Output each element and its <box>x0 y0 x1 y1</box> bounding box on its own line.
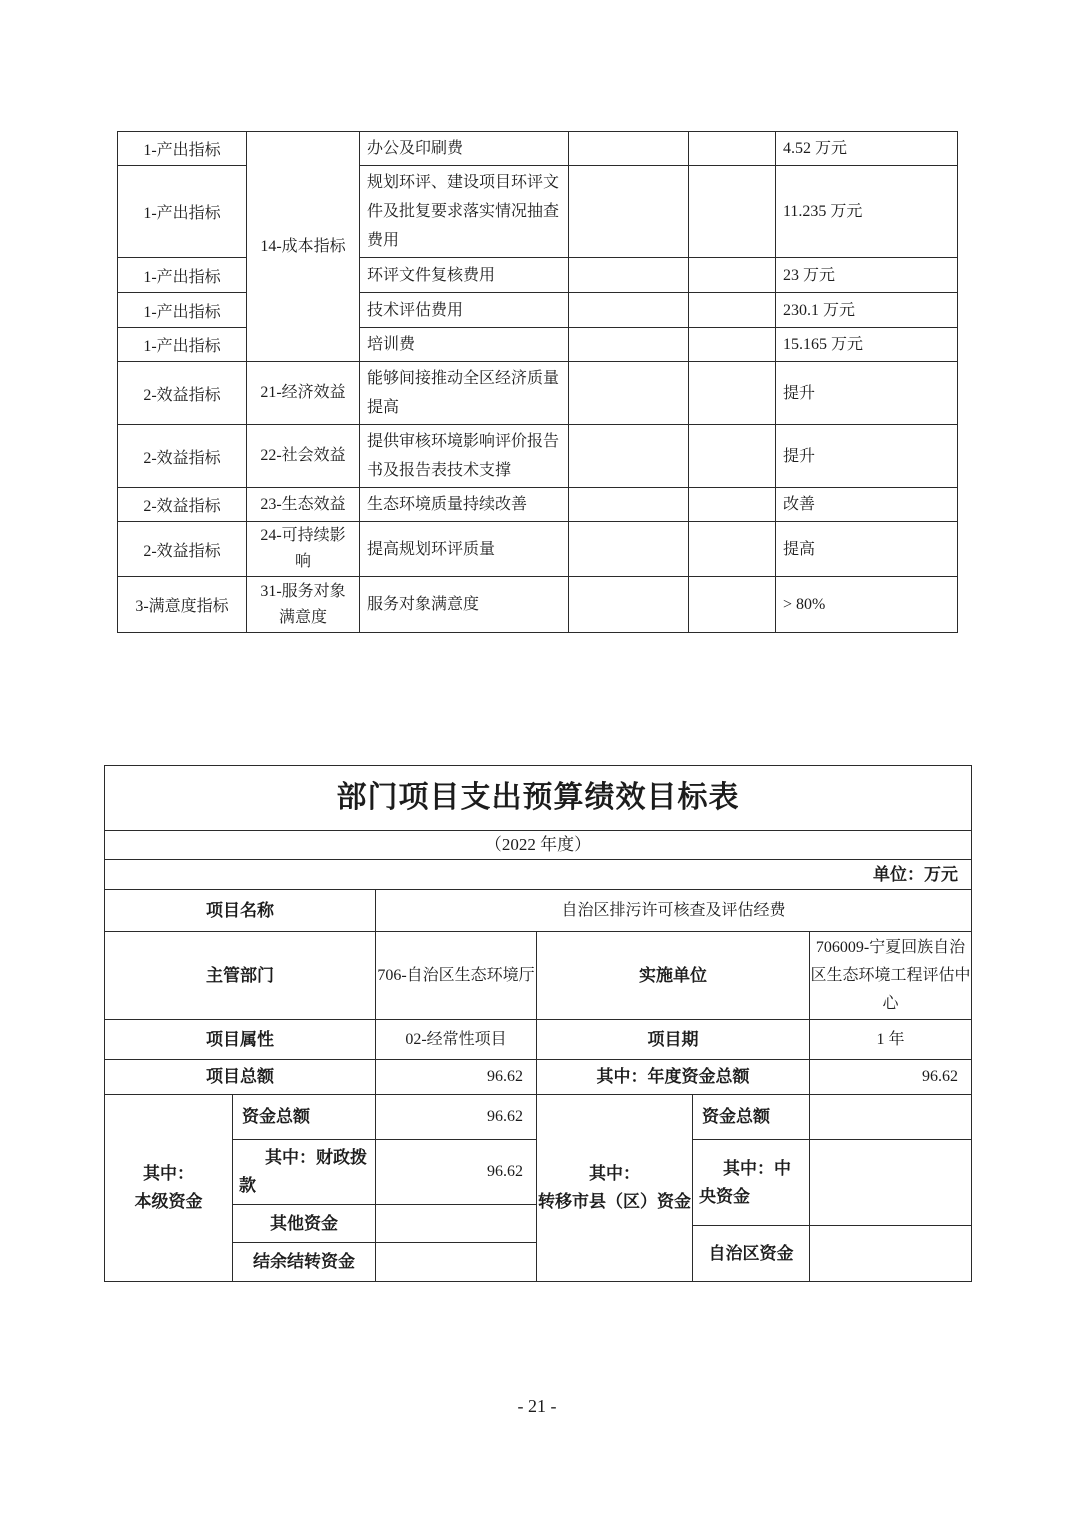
annual-total-value: 96.62 <box>810 1060 972 1095</box>
carryover-funds-label: 结余结转资金 <box>233 1243 376 1282</box>
dept-value: 706-自治区生态环境厅 <box>376 932 537 1020</box>
attr-label: 项目属性 <box>105 1020 376 1060</box>
table-row: 项目属性 02-经常性项目 项目期 1 年 <box>105 1020 972 1060</box>
table-row: 2-效益指标 22-社会效益 提供审核环境影响评价报告书及报告表技术支撑 提升 <box>118 425 958 488</box>
other-funds-value <box>376 1205 537 1243</box>
empty-cell <box>569 166 689 258</box>
empty-cell <box>569 293 689 328</box>
fiscal-allocation-label: 其中：财政拨款 <box>233 1140 376 1205</box>
empty-cell <box>689 328 776 362</box>
table-row: 1-产出指标 技术评估费用 230.1 万元 <box>118 293 958 328</box>
cell-group: 31-服务对象满意度 <box>247 577 360 633</box>
cell-indicator: 环评文件复核费用 <box>360 258 569 293</box>
cell-group: 14-成本指标 <box>247 132 360 362</box>
cell-category: 2-效益指标 <box>118 488 247 522</box>
unit-label: 单位：万元 <box>105 860 972 890</box>
regional-funds-label: 自治区资金 <box>693 1226 810 1282</box>
table-row: 1-产出指标 规划环评、建设项目环评文件及批复要求落实情况抽查费用 11.235… <box>118 166 958 258</box>
total-label: 项目总额 <box>105 1060 376 1095</box>
cell-indicator: 技术评估费用 <box>360 293 569 328</box>
cell-value: 23 万元 <box>776 258 958 293</box>
empty-cell <box>689 425 776 488</box>
indicator-table: 1-产出指标 14-成本指标 办公及印刷费 4.52 万元 1-产出指标 规划环… <box>117 131 958 633</box>
project-name-value: 自治区排污许可核查及评估经费 <box>376 890 972 932</box>
page-number: - 21 - <box>0 1396 1074 1417</box>
other-funds-label: 其他资金 <box>233 1205 376 1243</box>
cell-category: 3-满意度指标 <box>118 577 247 633</box>
transfer-total-label: 资金总额 <box>693 1095 810 1140</box>
regional-funds-value <box>810 1226 972 1282</box>
table-row: 3-满意度指标 31-服务对象满意度 服务对象满意度 > 80% <box>118 577 958 633</box>
cell-value: 230.1 万元 <box>776 293 958 328</box>
cell-indicator: 能够间接推动全区经济质量提高 <box>360 362 569 425</box>
empty-cell <box>689 362 776 425</box>
cell-indicator: 生态环境质量持续改善 <box>360 488 569 522</box>
empty-cell <box>569 577 689 633</box>
own-total-label: 资金总额 <box>233 1095 376 1140</box>
central-funds-value <box>810 1140 972 1226</box>
own-total-value: 96.62 <box>376 1095 537 1140</box>
table-row: 1-产出指标 14-成本指标 办公及印刷费 4.52 万元 <box>118 132 958 166</box>
table-row: 部门项目支出预算绩效目标表 <box>105 766 972 831</box>
budget-table-title: 部门项目支出预算绩效目标表 <box>105 766 972 831</box>
cell-category: 1-产出指标 <box>118 293 247 328</box>
table-row: 1-产出指标 环评文件复核费用 23 万元 <box>118 258 958 293</box>
cell-category: 2-效益指标 <box>118 425 247 488</box>
table-row: 2-效益指标 21-经济效益 能够间接推动全区经济质量提高 提升 <box>118 362 958 425</box>
cell-indicator: 提高规划环评质量 <box>360 522 569 577</box>
empty-cell <box>689 522 776 577</box>
cell-indicator: 培训费 <box>360 328 569 362</box>
carryover-funds-value <box>376 1243 537 1282</box>
attr-value: 02-经常性项目 <box>376 1020 537 1060</box>
table-row: 2-效益指标 23-生态效益 生态环境质量持续改善 改善 <box>118 488 958 522</box>
fiscal-allocation-value: 96.62 <box>376 1140 537 1205</box>
dept-label: 主管部门 <box>105 932 376 1020</box>
cell-value: 改善 <box>776 488 958 522</box>
transfer-funds-label: 其中： 转移市县（区）资金 <box>537 1095 693 1282</box>
cell-value: 11.235 万元 <box>776 166 958 258</box>
empty-cell <box>569 488 689 522</box>
cell-value: 提高 <box>776 522 958 577</box>
central-funds-label: 其中：中央资金 <box>693 1140 810 1226</box>
cell-value: 4.52 万元 <box>776 132 958 166</box>
empty-cell <box>689 166 776 258</box>
impl-unit-label: 实施单位 <box>537 932 810 1020</box>
cell-category: 1-产出指标 <box>118 258 247 293</box>
table-row: 2-效益指标 24-可持续影响 提高规划环评质量 提高 <box>118 522 958 577</box>
transfer-total-value <box>810 1095 972 1140</box>
cell-group: 21-经济效益 <box>247 362 360 425</box>
period-label: 项目期 <box>537 1020 810 1060</box>
budget-table-subtitle: （2022 年度） <box>105 831 972 860</box>
budget-table: 部门项目支出预算绩效目标表 （2022 年度） 单位：万元 项目名称 自治区排污… <box>104 765 972 1282</box>
cell-value: > 80% <box>776 577 958 633</box>
empty-cell <box>689 258 776 293</box>
own-funds-label: 其中： 本级资金 <box>105 1095 233 1282</box>
impl-unit-value: 706009-宁夏回族自治区生态环境工程评估中心 <box>810 932 972 1020</box>
cell-value: 提升 <box>776 425 958 488</box>
cell-group: 22-社会效益 <box>247 425 360 488</box>
empty-cell <box>689 577 776 633</box>
period-value: 1 年 <box>810 1020 972 1060</box>
table-row: 单位：万元 <box>105 860 972 890</box>
annual-total-label: 其中：年度资金总额 <box>537 1060 810 1095</box>
table-row: 主管部门 706-自治区生态环境厅 实施单位 706009-宁夏回族自治区生态环… <box>105 932 972 1020</box>
project-name-label: 项目名称 <box>105 890 376 932</box>
table-row: 项目名称 自治区排污许可核查及评估经费 <box>105 890 972 932</box>
table-row: 项目总额 96.62 其中：年度资金总额 96.62 <box>105 1060 972 1095</box>
cell-category: 2-效益指标 <box>118 362 247 425</box>
cell-category: 1-产出指标 <box>118 132 247 166</box>
empty-cell <box>569 522 689 577</box>
cell-group: 23-生态效益 <box>247 488 360 522</box>
empty-cell <box>569 328 689 362</box>
empty-cell <box>689 132 776 166</box>
empty-cell <box>569 425 689 488</box>
cell-indicator: 提供审核环境影响评价报告书及报告表技术支撑 <box>360 425 569 488</box>
cell-indicator: 规划环评、建设项目环评文件及批复要求落实情况抽查费用 <box>360 166 569 258</box>
cell-category: 1-产出指标 <box>118 328 247 362</box>
total-value: 96.62 <box>376 1060 537 1095</box>
cell-category: 2-效益指标 <box>118 522 247 577</box>
cell-indicator: 办公及印刷费 <box>360 132 569 166</box>
table-row: （2022 年度） <box>105 831 972 860</box>
empty-cell <box>569 132 689 166</box>
cell-category: 1-产出指标 <box>118 166 247 258</box>
empty-cell <box>569 258 689 293</box>
empty-cell <box>569 362 689 425</box>
cell-indicator: 服务对象满意度 <box>360 577 569 633</box>
cell-value: 提升 <box>776 362 958 425</box>
empty-cell <box>689 293 776 328</box>
cell-value: 15.165 万元 <box>776 328 958 362</box>
cell-group: 24-可持续影响 <box>247 522 360 577</box>
table-row: 1-产出指标 培训费 15.165 万元 <box>118 328 958 362</box>
empty-cell <box>689 488 776 522</box>
table-row: 其中： 本级资金 资金总额 96.62 其中： 转移市县（区）资金 资金总额 <box>105 1095 972 1140</box>
